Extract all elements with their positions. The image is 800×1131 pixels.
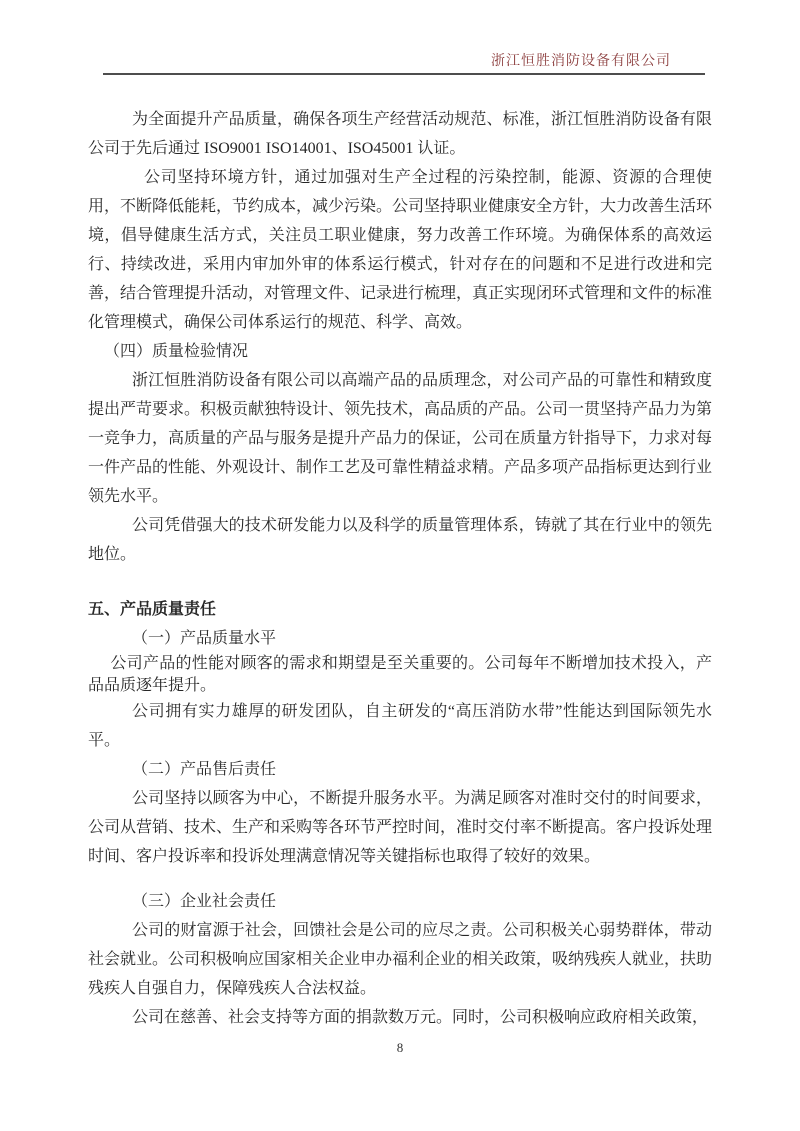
paragraph: 公司坚持环境方针，通过加强对生产全过程的污染控制，能源、资源的合理使用，不断降低… — [88, 163, 712, 337]
document-body: 为全面提升产品质量，确保各项生产经营活动规范、标准，浙江恒胜消防设备有限公司于先… — [88, 75, 712, 1056]
document-page: 浙江恒胜消防设备有限公司 为全面提升产品质量，确保各项生产经营活动规范、标准，浙… — [0, 0, 800, 1131]
paragraph: 为全面提升产品质量，确保各项生产经营活动规范、标准，浙江恒胜消防设备有限公司于先… — [88, 105, 712, 163]
paragraph: 公司凭借强大的技术研发能力以及科学的质量管理体系，铸就了其在行业中的领先地位。 — [88, 511, 712, 569]
paragraph: 公司产品的性能对顾客的需求和期望是至关重要的。公司每年不断增加技术投入，产品品质… — [88, 653, 712, 697]
sub-heading: （一）产品质量水平 — [88, 624, 712, 653]
sub-heading: （三）企业社会责任 — [88, 887, 712, 916]
page-header: 浙江恒胜消防设备有限公司 — [103, 0, 705, 75]
header-company-name: 浙江恒胜消防设备有限公司 — [491, 50, 705, 70]
section-heading: 五、产品质量责任 — [88, 595, 712, 624]
sub-heading: （二）产品售后责任 — [88, 755, 712, 784]
paragraph: 公司在慈善、社会支持等方面的捐款数万元。同时，公司积极响应政府相关政策， — [88, 1003, 712, 1032]
paragraph: 公司坚持以顾客为中心，不断提升服务水平。为满足顾客对准时交付的时间要求，公司从营… — [88, 784, 712, 871]
paragraph: 公司的财富源于社会，回馈社会是公司的应尽之责。公司积极关心弱势群体，带动社会就业… — [88, 916, 712, 1003]
sub-heading: （四）质量检验情况 — [88, 337, 712, 366]
paragraph: 公司拥有实力雄厚的研发团队，自主研发的“高压消防水带”性能达到国际领先水平。 — [88, 697, 712, 755]
paragraph: 浙江恒胜消防设备有限公司以高端产品的品质理念，对公司产品的可靠性和精致度提出严苛… — [88, 366, 712, 511]
page-number: 8 — [88, 1040, 712, 1056]
